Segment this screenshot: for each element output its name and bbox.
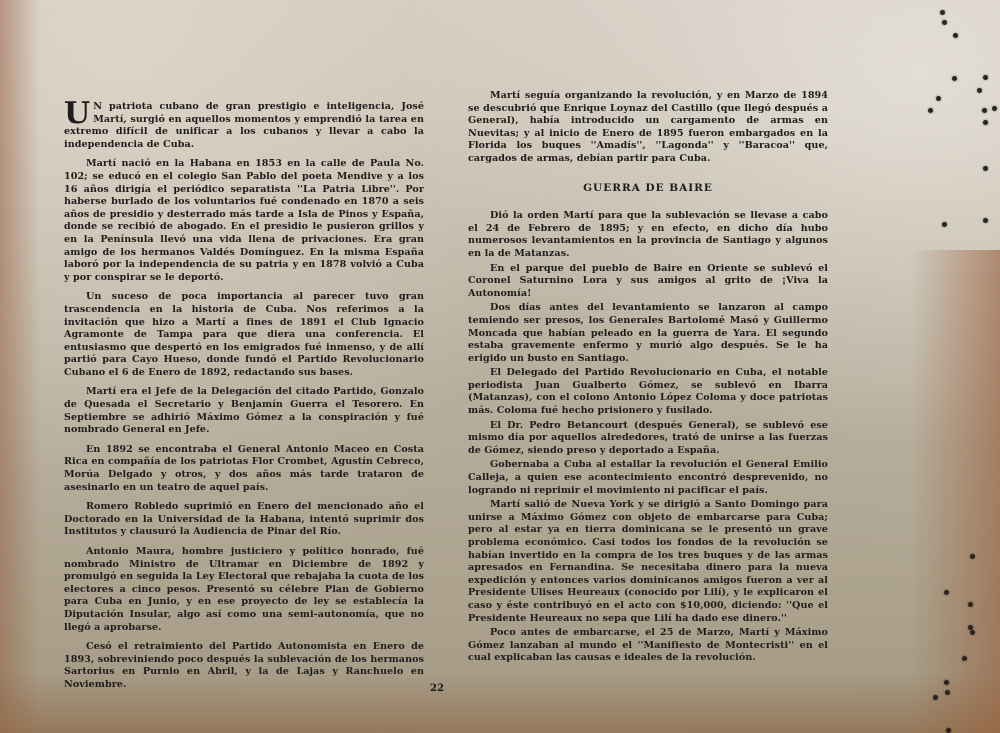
hole-mark: [962, 656, 967, 661]
hole-mark: [942, 20, 947, 25]
hole-mark: [952, 76, 957, 81]
section-heading: GUERRA DE BAIRE: [468, 182, 828, 195]
paragraph: Un suceso de poca importancia al parecer…: [64, 291, 424, 379]
page-stain-right: [910, 250, 1000, 733]
paragraph: Martí era el Jefe de la Delegación del c…: [64, 386, 424, 436]
drop-cap: U: [64, 102, 90, 126]
hole-mark: [945, 690, 950, 695]
hole-mark: [928, 108, 933, 113]
paragraph: Dos días antes del levantamiento se lanz…: [468, 302, 828, 365]
paragraph: Martí seguía organizando la revolución, …: [468, 90, 828, 166]
hole-mark: [944, 680, 949, 685]
page-stain-left: [0, 0, 40, 733]
paragraph: El Delegado del Partido Revolucionario e…: [468, 367, 828, 417]
scanned-page: UN patriota cubano de gran prestigio e i…: [0, 0, 1000, 733]
paragraph: Martí nació en la Habana en 1853 en la c…: [64, 158, 424, 284]
hole-mark: [992, 106, 997, 111]
hole-mark: [933, 695, 938, 700]
hole-mark: [983, 120, 988, 125]
hole-mark: [982, 108, 987, 113]
paragraph: Dió la orden Martí para que la sublevaci…: [468, 210, 828, 260]
hole-mark: [983, 75, 988, 80]
hole-mark: [968, 602, 973, 607]
paragraph: Cesó el retraimiento del Partido Autonom…: [64, 641, 424, 691]
paragraph: Poco antes de embarcarse, el 25 de Marzo…: [468, 627, 828, 665]
hole-mark: [983, 218, 988, 223]
hole-mark: [970, 554, 975, 559]
paragraph: El Dr. Pedro Betancourt (después General…: [468, 420, 828, 458]
hole-mark: [977, 88, 982, 93]
hole-mark: [940, 10, 945, 15]
paragraph: UN patriota cubano de gran prestigio e i…: [64, 101, 424, 151]
hole-mark: [942, 222, 947, 227]
paragraph: En 1892 se encontraba el General Antonio…: [64, 444, 424, 494]
hole-mark: [983, 166, 988, 171]
hole-mark: [970, 630, 975, 635]
hole-mark: [944, 590, 949, 595]
paragraph: Antonio Maura, hombre justiciero y polít…: [64, 546, 424, 634]
hole-mark: [946, 728, 951, 733]
paragraph: Martí salió de Nueva York y se dirigió a…: [468, 499, 828, 625]
right-column: Martí seguía organizando la revolución, …: [468, 90, 828, 667]
hole-mark: [936, 96, 941, 101]
paragraph: Romero Robledo suprimió en Enero del men…: [64, 501, 424, 539]
page-number: 22: [430, 683, 444, 694]
paragraph: En el parque del pueblo de Baire en Orie…: [468, 263, 828, 301]
paragraph: Gobernaba a Cuba al estallar la revoluci…: [468, 459, 828, 497]
hole-mark: [953, 33, 958, 38]
left-column: UN patriota cubano de gran prestigio e i…: [64, 101, 424, 699]
